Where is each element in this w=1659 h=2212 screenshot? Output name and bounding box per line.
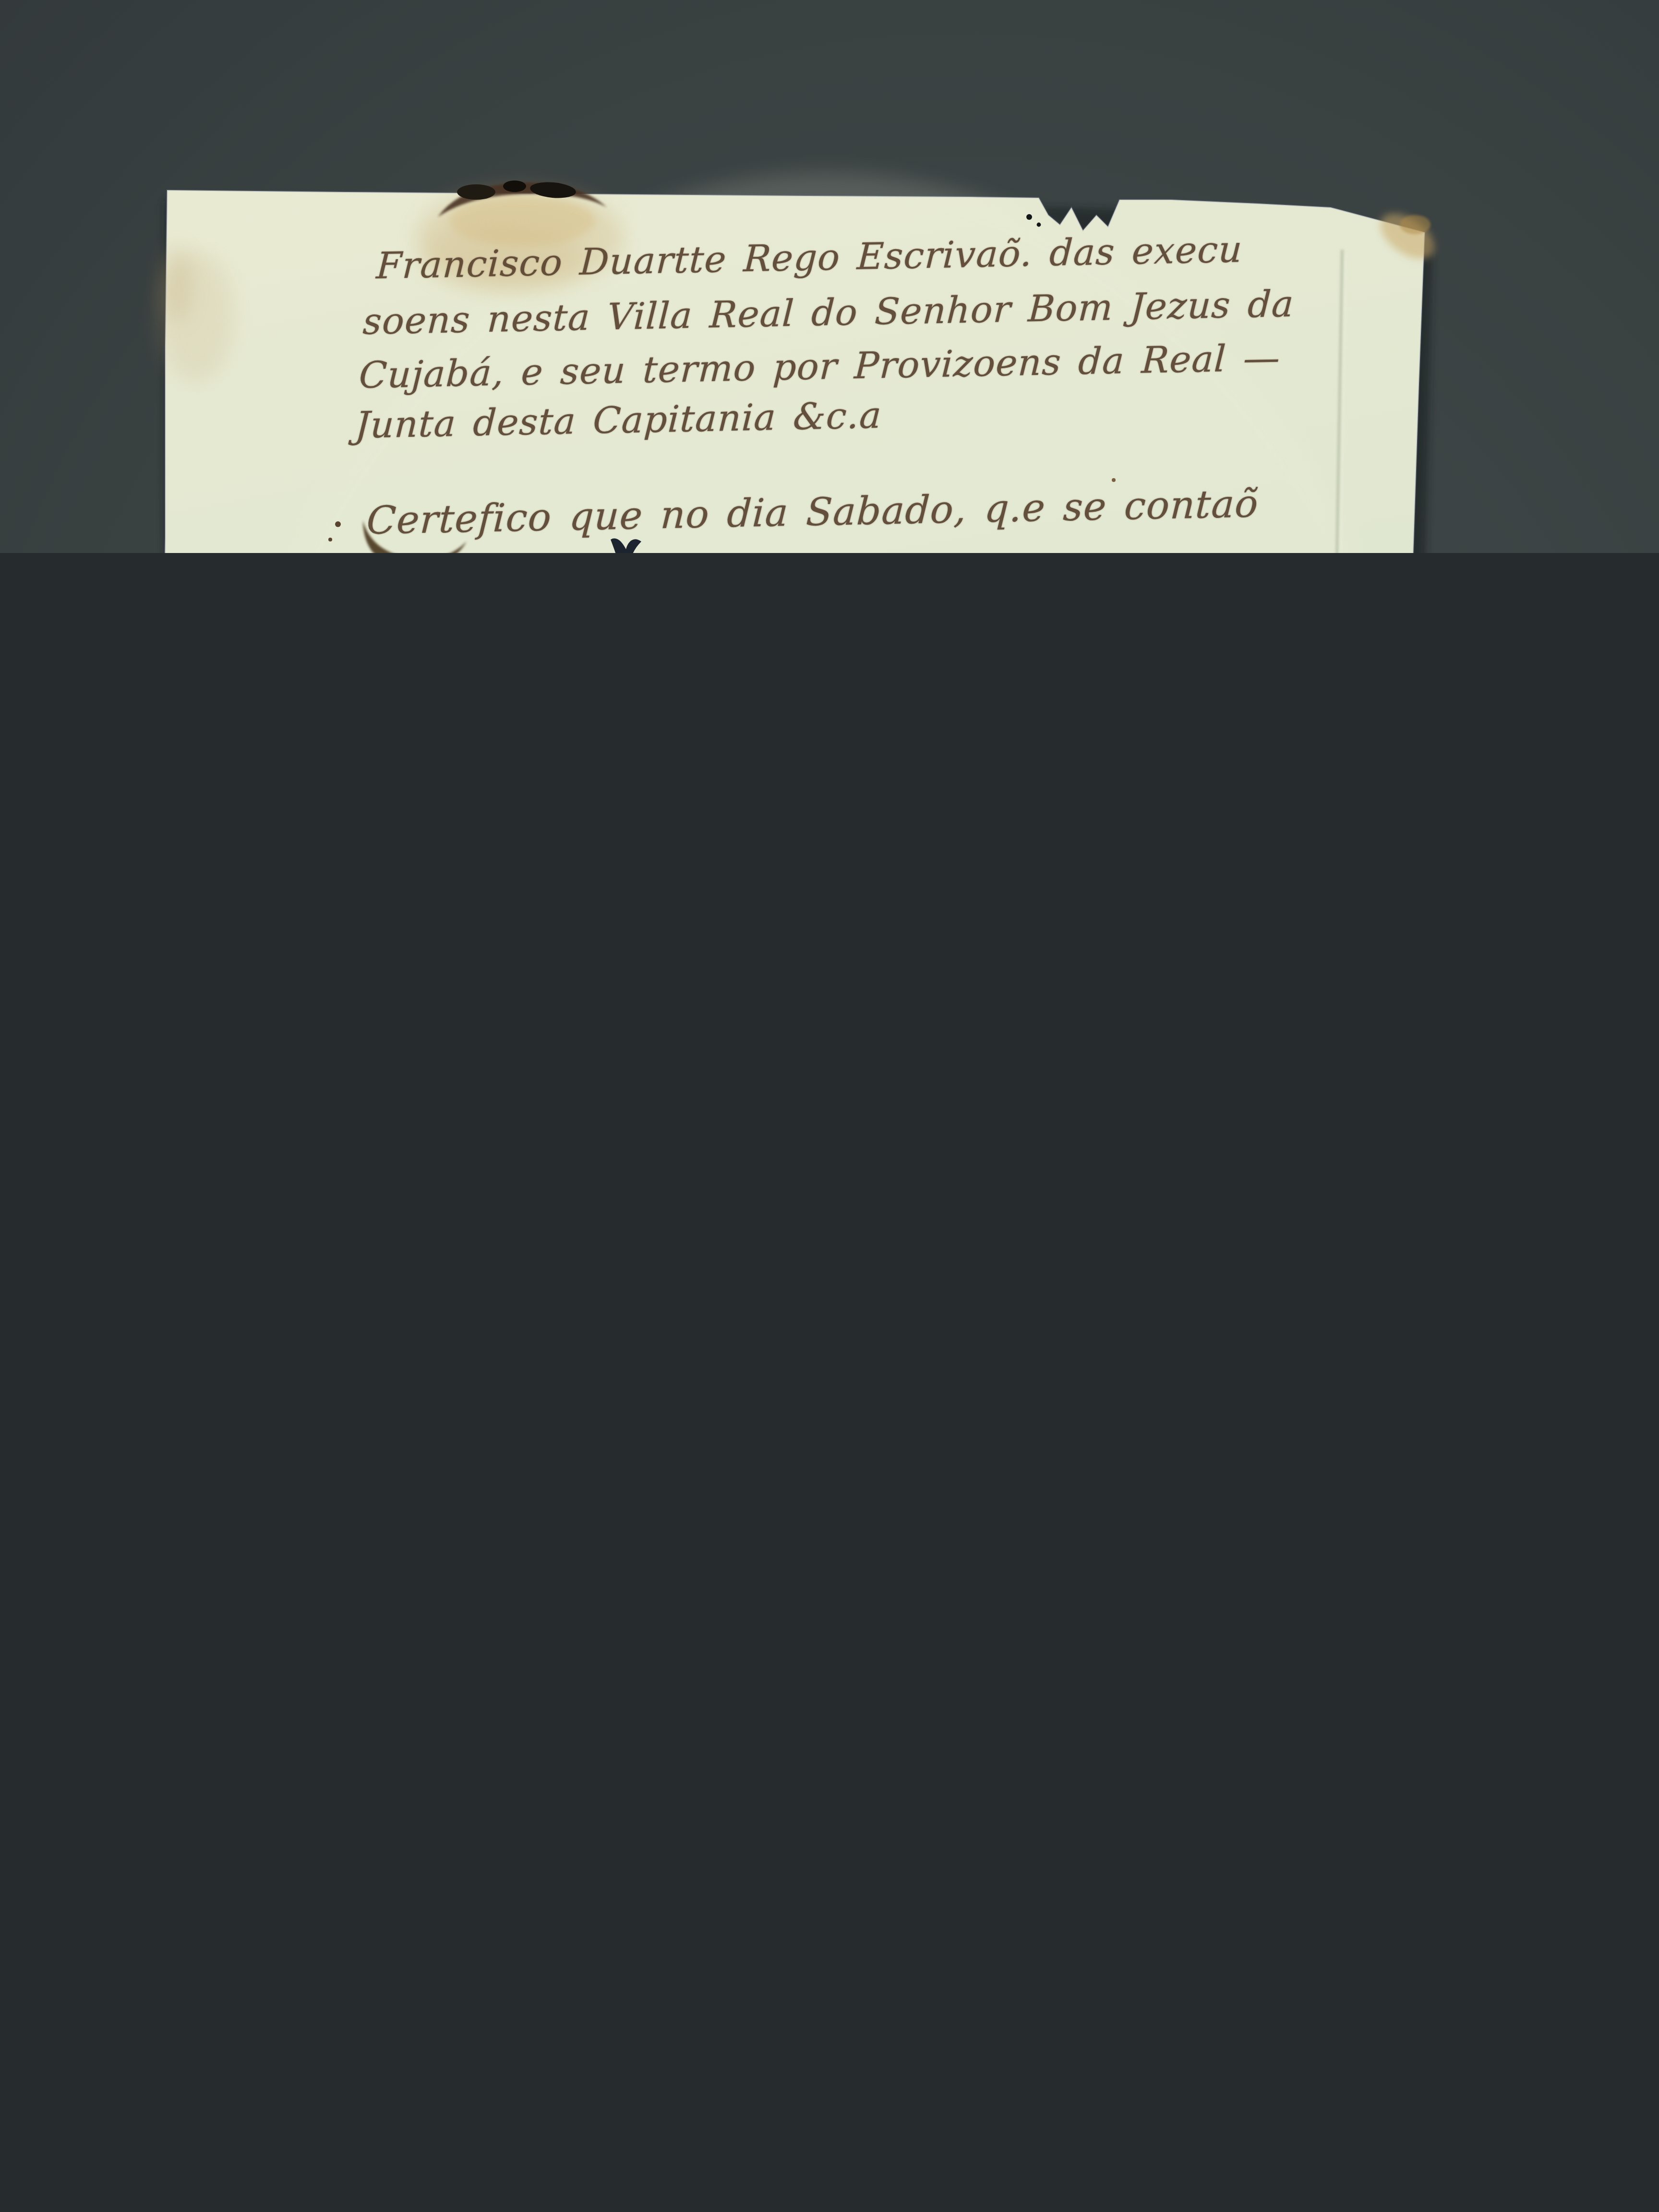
- manuscript-line: Francisco Duartte Rego Escrivaõ. das exe…: [375, 229, 1244, 288]
- photo-of-manuscript: Fran.co Duartte Rego Francisco Duartte R…: [0, 0, 1659, 553]
- manuscript-line: Certefico que no dia Sabado, q.e se cont…: [366, 480, 1260, 543]
- manuscript-line: soens nesta Villa Real do Senhor Bom Jez…: [362, 284, 1295, 344]
- manuscript-text: Fran.co Duartte Rego Francisco Duartte R…: [0, 0, 1659, 553]
- manuscript-line: Cujabá, e seu termo por Provizoens da Re…: [358, 337, 1282, 397]
- manuscript-line: vinte e tres do corrente em que se execu…: [375, 548, 1256, 553]
- manuscript-line: Junta desta Capitania &c.a: [354, 395, 883, 447]
